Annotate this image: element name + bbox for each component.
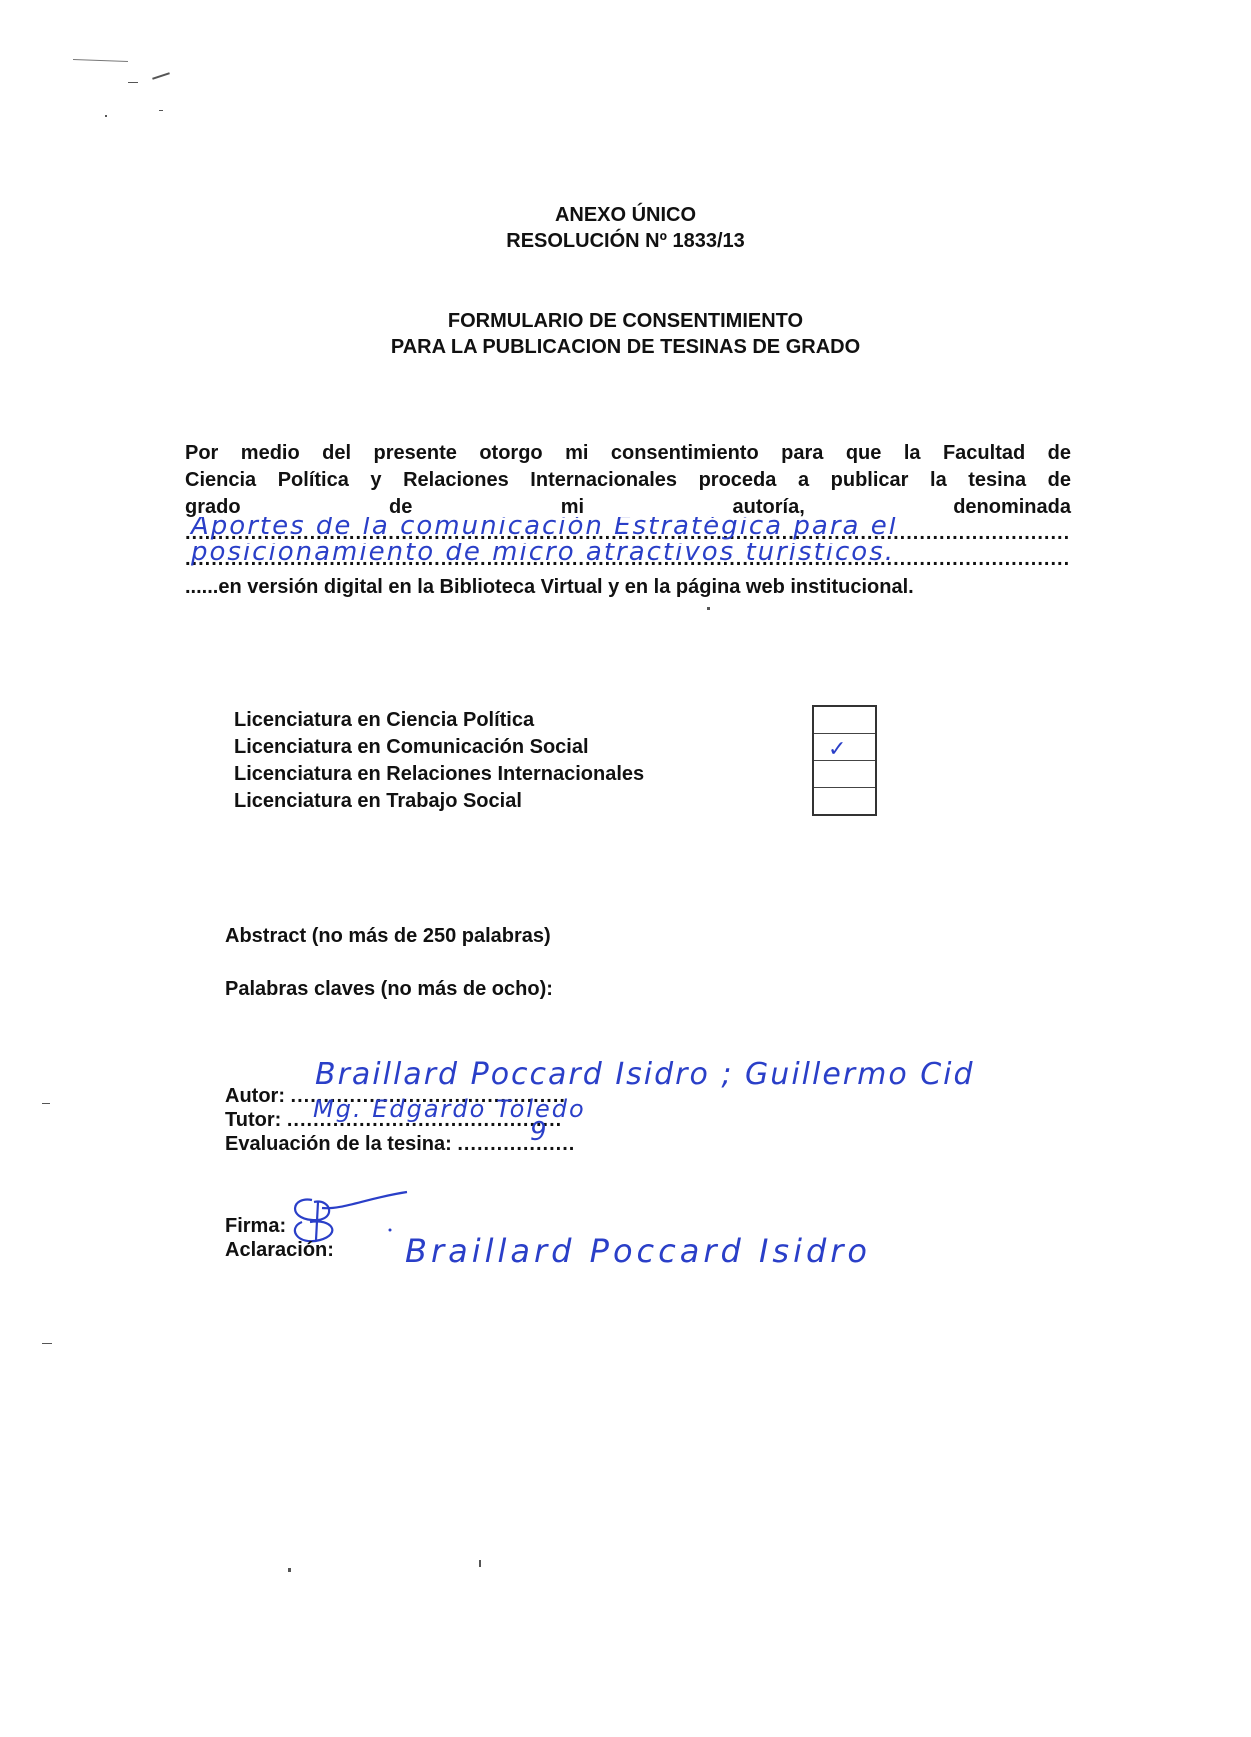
tutor-label: Tutor: — [225, 1109, 281, 1131]
word-grado: grado — [185, 496, 241, 519]
consent-line-2: Ciencia Política y Relaciones Internacio… — [185, 469, 1071, 492]
checkbox-ciencia-politica[interactable] — [814, 707, 875, 734]
checkmark-icon: ✓ — [828, 736, 846, 762]
consent-line-3: grado de mi autoría, denominada — [185, 496, 1071, 519]
word-denominada: denominada — [953, 496, 1071, 519]
word-mi: mi — [561, 496, 584, 519]
tutor-field[interactable]: Tutor: .................................… — [225, 1109, 562, 1132]
annex-title: ANEXO ÚNICO — [0, 204, 1251, 227]
signature-label: Firma: — [225, 1215, 286, 1238]
evaluation-dots: .................. — [457, 1133, 575, 1155]
consent-closing: ......en versión digital en la Bibliotec… — [185, 576, 1071, 599]
degree-checkbox-column: ✓ — [812, 705, 877, 816]
checkbox-trabajo-social[interactable] — [814, 788, 875, 814]
resolution-number: RESOLUCIÓN Nº 1833/13 — [0, 230, 1251, 253]
degree-trabajo-social: Licenciatura en Trabajo Social — [234, 788, 644, 815]
word-autoria: autoría, — [733, 496, 805, 519]
thesis-title-handwritten-2: posicionamiento de micro atractivos turí… — [191, 543, 895, 567]
evaluation-field[interactable]: Evaluación de la tesina: ...............… — [225, 1133, 575, 1156]
scan-artifact — [159, 110, 163, 111]
degree-relaciones-internacionales: Licenciatura en Relaciones Internacional… — [234, 761, 644, 788]
thesis-title-handwritten-1: Aportes de la comunicación Estratégica p… — [191, 517, 898, 541]
checkbox-comunicacion-social[interactable]: ✓ — [814, 734, 875, 761]
clarification-handwritten: Braillard Poccard Isidro — [405, 1232, 871, 1270]
evaluation-label: Evaluación de la tesina: — [225, 1133, 452, 1155]
evaluation-handwritten: 9 — [530, 1117, 549, 1147]
scan-artifact — [128, 82, 138, 83]
author-handwritten: Braillard Poccard Isidro ; Guillermo Cid — [315, 1057, 975, 1092]
abstract-label: Abstract (no más de 250 palabras) — [225, 925, 551, 948]
scan-artifact — [73, 59, 128, 62]
checkbox-relaciones-internacionales[interactable] — [814, 761, 875, 788]
degree-list: Licenciatura en Ciencia Política Licenci… — [234, 707, 644, 815]
scan-artifact — [152, 72, 170, 79]
scan-artifact — [707, 607, 710, 610]
thesis-title-field-2[interactable]: ........................................… — [185, 543, 1071, 571]
clarification-label: Aclaración: — [225, 1239, 334, 1261]
scan-artifact — [288, 1568, 291, 1572]
clarification-field[interactable]: Aclaración: — [225, 1239, 334, 1262]
author-label: Autor: — [225, 1085, 285, 1107]
scan-artifact — [42, 1103, 50, 1104]
word-de: de — [389, 496, 412, 519]
scan-artifact — [42, 1343, 52, 1344]
degree-ciencia-politica: Licenciatura en Ciencia Política — [234, 707, 644, 734]
keywords-label: Palabras claves (no más de ocho): — [225, 978, 553, 1001]
thesis-title-field-1[interactable]: ........................................… — [185, 517, 1071, 545]
form-title-line1: FORMULARIO DE CONSENTIMIENTO — [0, 310, 1251, 333]
degree-comunicacion-social: Licenciatura en Comunicación Social — [234, 734, 644, 761]
consent-line-1: Por medio del presente otorgo mi consent… — [185, 442, 1071, 465]
form-title-line2: PARA LA PUBLICACION DE TESINAS DE GRADO — [0, 336, 1251, 359]
scan-artifact — [105, 115, 107, 117]
scan-artifact — [479, 1560, 481, 1567]
